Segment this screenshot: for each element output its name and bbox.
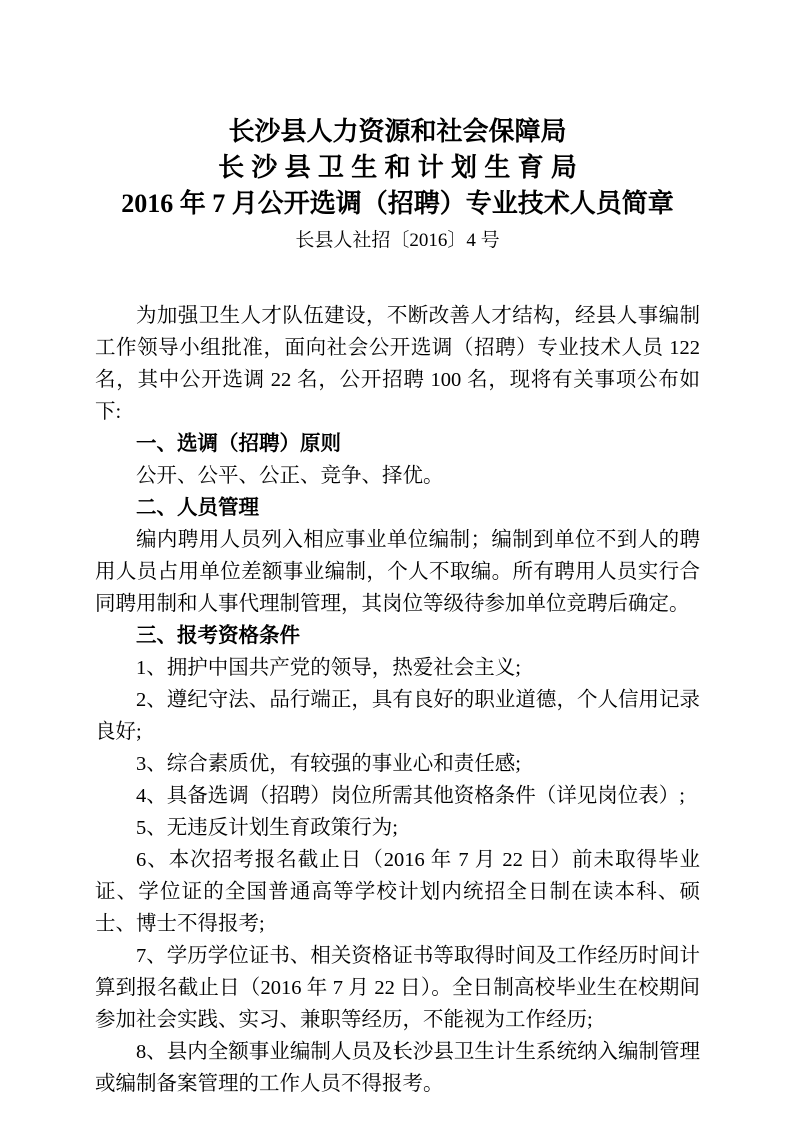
intro-paragraph: 为加强卫生人才队伍建设，不断改善人才结构，经县人事编制工作领导小组批准，面向社会…	[95, 300, 700, 428]
section-heading-2: 二、人员管理	[95, 492, 700, 524]
document-content: 长沙县人力资源和社会保障局 长沙县卫生和计划生育局 2016 年 7 月公开选调…	[95, 114, 700, 1100]
document-body: 为加强卫生人才队伍建设，不断改善人才结构，经县人事编制工作领导小组批准，面向社会…	[95, 300, 700, 1100]
title-line-2: 长沙县卫生和计划生育局	[95, 150, 700, 186]
section-heading-1: 一、选调（招聘）原则	[95, 428, 700, 460]
title-line-3: 2016 年 7 月公开选调（招聘）专业技术人员简章	[95, 186, 700, 222]
document-number: 长县人社招〔2016〕4 号	[95, 224, 700, 258]
condition-item-5: 5、无违反计划生育政策行为;	[95, 812, 700, 844]
document-title-block: 长沙县人力资源和社会保障局 长沙县卫生和计划生育局 2016 年 7 月公开选调…	[95, 114, 700, 258]
page-number: 1	[0, 1041, 793, 1059]
title-line-1: 长沙县人力资源和社会保障局	[95, 114, 700, 150]
condition-item-2: 2、遵纪守法、品行端正，具有良好的职业道德，个人信用记录良好;	[95, 684, 700, 748]
condition-item-3: 3、综合素质优，有较强的事业心和责任感;	[95, 748, 700, 780]
section-1-paragraph: 公开、公平、公正、竞争、择优。	[95, 460, 700, 492]
section-heading-3: 三、报考资格条件	[95, 620, 700, 652]
document-page: 长沙县人力资源和社会保障局 长沙县卫生和计划生育局 2016 年 7 月公开选调…	[0, 0, 793, 1123]
section-2-paragraph: 编内聘用人员列入相应事业单位编制；编制到单位不到人的聘用人员占用单位差额事业编制…	[95, 524, 700, 620]
condition-item-6: 6、本次招考报名截止日（2016 年 7 月 22 日）前未取得毕业证、学位证的…	[95, 844, 700, 940]
condition-item-1: 1、拥护中国共产党的领导，热爱社会主义;	[95, 652, 700, 684]
condition-item-4: 4、具备选调（招聘）岗位所需其他资格条件（详见岗位表）;	[95, 780, 700, 812]
condition-item-7: 7、学历学位证书、相关资格证书等取得时间及工作经历时间计算到报名截止日（2016…	[95, 940, 700, 1036]
